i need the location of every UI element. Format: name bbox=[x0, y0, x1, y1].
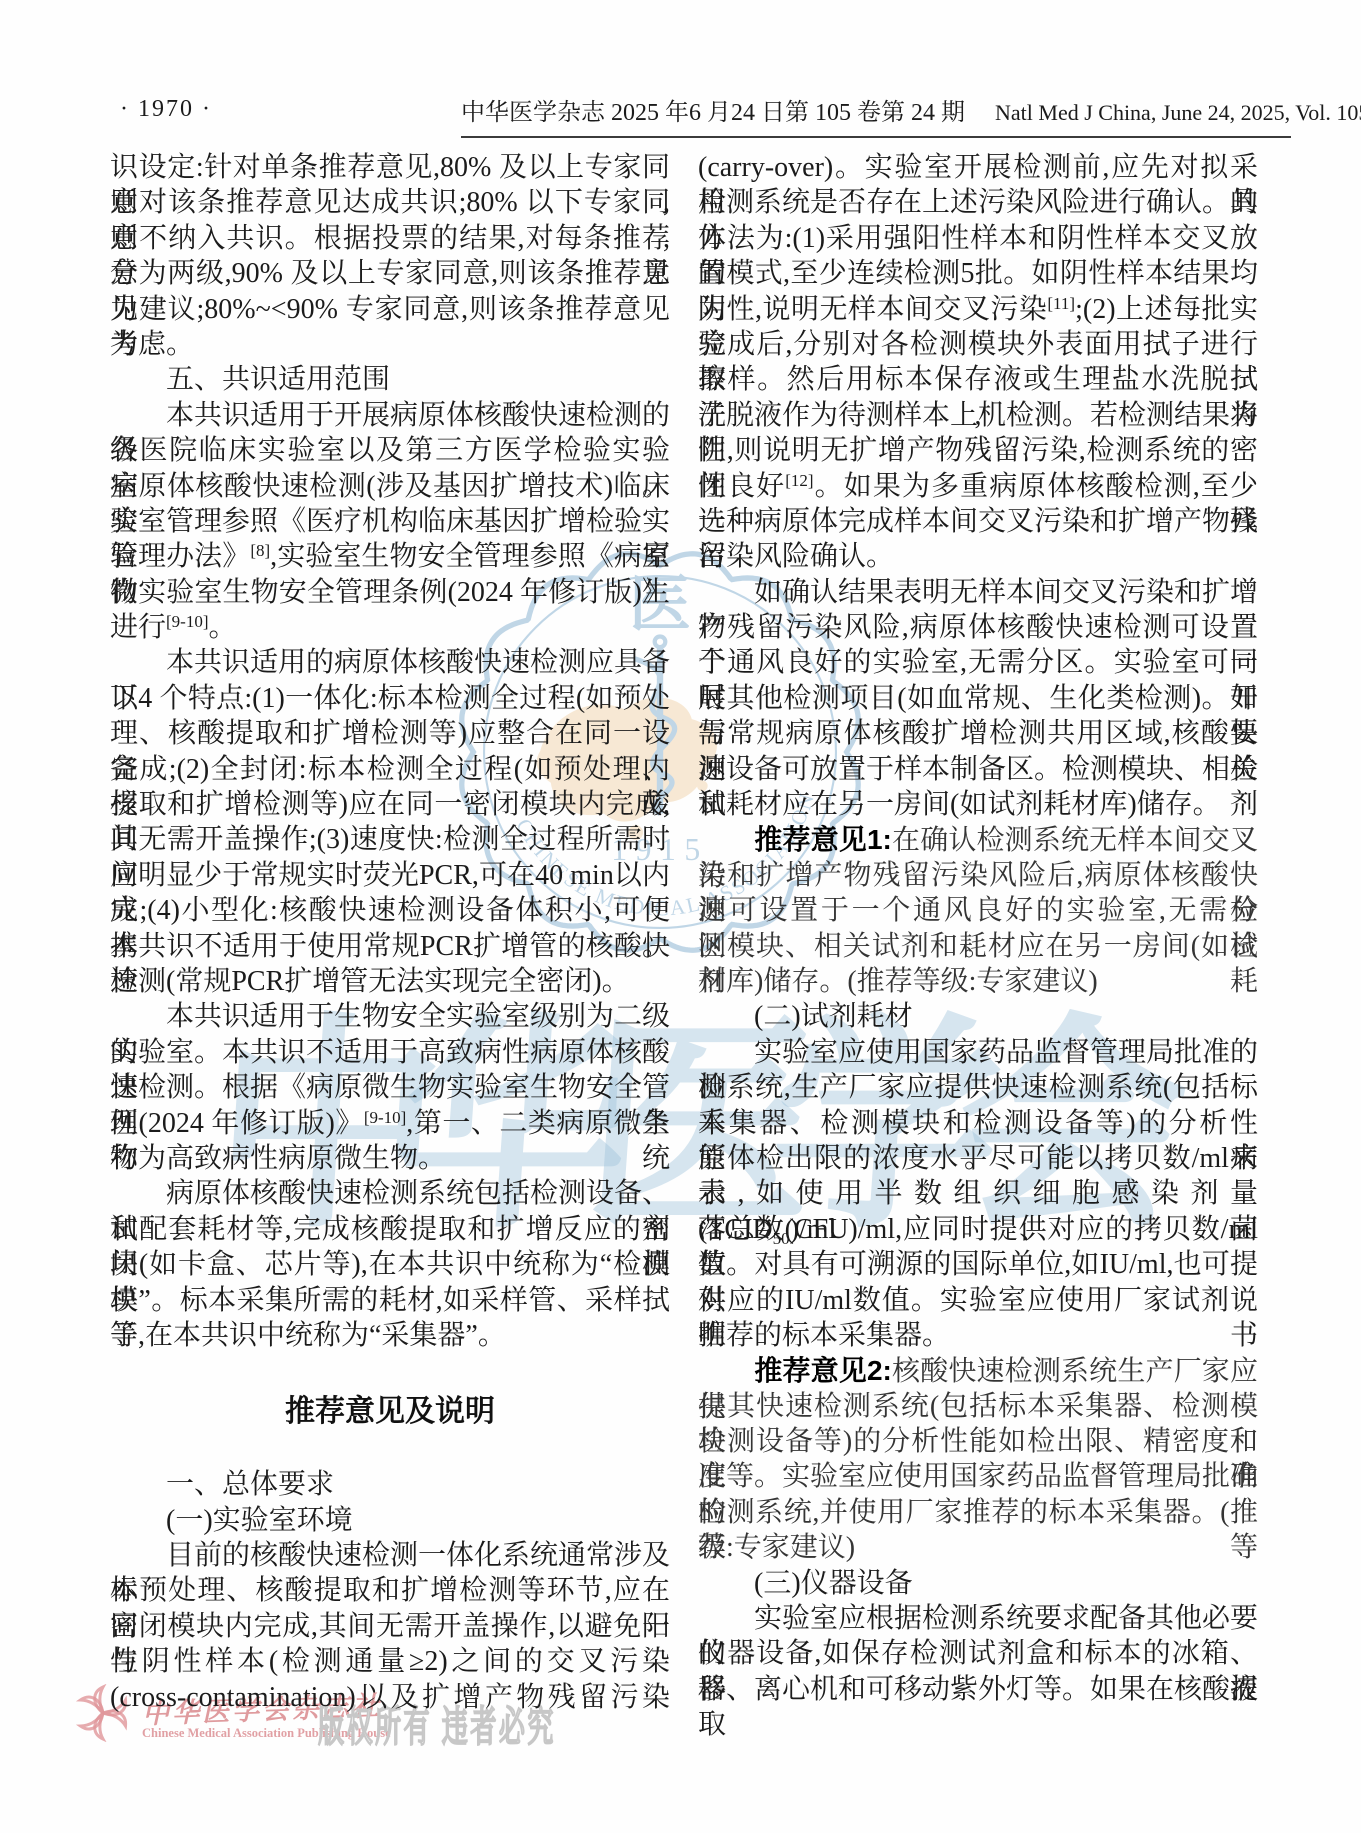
journal-page: 医 1915 CHINESE MEDICAL ASSOCIATION 中华医学会… bbox=[0, 0, 1361, 1833]
text-line: 例(2024 年修订版)》[9-10],第一、二类病原微生物统 bbox=[110, 1106, 670, 1141]
text-line: 本共识不适用于使用常规PCR扩增管的核酸快速 bbox=[110, 929, 670, 964]
text-line: 实验室。本共识不适用于高致病性病原体核酸快 bbox=[110, 1035, 670, 1070]
text-line: 密闭模块内完成,其间无需开盖操作,以避免阳性 bbox=[110, 1609, 670, 1644]
text-line: 污染风险确认。 bbox=[698, 539, 1258, 574]
reference-marker: [11] bbox=[1047, 294, 1075, 313]
text-line: 测可设置于一个通风良好的实验室,无需分区。检 bbox=[698, 893, 1258, 928]
text-line: 如确认结果表明无样本间交叉污染和扩增产 bbox=[698, 575, 1258, 610]
text-line: 速检测。根据《病原微生物实验室生物安全管理条 bbox=[110, 1070, 670, 1105]
text-line: 物实验室生物安全管理条例(2024 年修订版)》 bbox=[110, 575, 670, 610]
text-line: 对应的IU/ml数值。实验室应使用厂家试剂说明书 bbox=[698, 1283, 1258, 1318]
text-line: 提取和扩增检测等)应在同一密闭模块内完成,其 bbox=[110, 787, 670, 822]
text-line: 间无需开盖操作;(3)速度快:检测全过程所需时间 bbox=[110, 822, 670, 857]
text-line: 进行[9-10]。 bbox=[110, 610, 670, 645]
text-line: 检测系统,并使用厂家推荐的标本采集器。(推荐等 bbox=[698, 1495, 1258, 1530]
text-line: 推荐意见2:核酸快速检测系统生产厂家应提 bbox=[698, 1353, 1258, 1388]
text-line: 检测系统是否存在上述污染风险进行确认。具体 bbox=[698, 185, 1258, 220]
text-line: 目前的核酸快速检测一体化系统通常涉及标 bbox=[110, 1538, 670, 1573]
text-line: 和耗材应在另一房间(如试剂耗材库)储存。 bbox=[698, 787, 1258, 822]
text-line: 分为两级,90% 及以上专家同意,则该条推荐意见 bbox=[110, 256, 670, 291]
text-line: 落总数(CFU)/ml,应同时提供对应的拷贝数/ml数 bbox=[698, 1212, 1258, 1247]
text-line: 示,如使用半数组织细胞感染剂量(TCID50)/ml、菌 bbox=[698, 1176, 1258, 1211]
text-line: 与常规病原体核酸扩增检测共用区域,核酸快速检 bbox=[698, 716, 1258, 751]
text-line: 本共识适用于生物安全实验室级别为二级的 bbox=[110, 999, 670, 1034]
text-line: (一)实验室环境 bbox=[110, 1503, 670, 1538]
text-line: 识设定:针对单条推荐意见,80% 及以上专家同意, bbox=[110, 150, 670, 185]
text-line: 展其他检测项目(如血常规、生化类检测)。如需要 bbox=[698, 681, 1258, 716]
text-line: 理、核酸提取和扩增检测等)应整合在同一设备内 bbox=[110, 716, 670, 751]
journal-header: 中华医学杂志 2025 年6 月24 日第 105 卷第 24 期 Natl M… bbox=[461, 92, 1291, 138]
text-line: (cross-contamination)以及扩增产物残留污染 bbox=[110, 1680, 670, 1715]
text-line: 块(如卡盒、芯片等),在本共识中统称为“检测模 bbox=[110, 1247, 670, 1282]
text-line: 块”。标本采集所需的耗材,如采样管、采样拭子 bbox=[110, 1283, 670, 1318]
text-line: 值。对具有可溯源的国际单位,如IU/ml,也可提供 bbox=[698, 1247, 1258, 1282]
text-line: 完成后,分别对各检测模块外表面用拭子进行擦拭 bbox=[698, 327, 1258, 362]
journal-title-en: Natl Med J China, June 24, 2025, Vol. 10… bbox=[995, 100, 1361, 125]
text-line: 物残留污染风险,病原体核酸快速检测可设置于一 bbox=[698, 610, 1258, 645]
text-line: (carry-over)。实验室开展检测前,应先对拟采用的 bbox=[698, 150, 1258, 185]
text-line: 则对该条推荐意见达成共识;80% 以下专家同意, bbox=[110, 185, 670, 220]
text-line: 染和扩增产物残留污染风险后,病原体核酸快速检 bbox=[698, 858, 1258, 893]
text-line: 为建议;80%~<90% 专家同意,则该条推荐意见为 bbox=[110, 292, 670, 327]
inline-label: 推荐意见1: bbox=[754, 824, 892, 855]
text-line: 个通风良好的实验室,无需分区。实验室可同时开 bbox=[698, 645, 1258, 680]
text-line: (二)试剂耗材 bbox=[698, 999, 1258, 1034]
text-line: 检测设备等)的分析性能如检出限、精密度和准确 bbox=[698, 1424, 1258, 1459]
page-number: · 1970 · bbox=[120, 96, 212, 123]
text-line: 与阴性样本(检测通量≥2)之间的交叉污染 bbox=[110, 1644, 670, 1679]
text-line: 推荐意见1:在确认检测系统无样本间交叉污 bbox=[698, 822, 1258, 857]
text-line: 和配套耗材等,完成核酸提取和扩增反应的密闭模 bbox=[110, 1212, 670, 1247]
right-column: (carry-over)。实验室开展检测前,应先对拟采用的检测系统是否存在上述污… bbox=[698, 150, 1258, 1707]
text-line: 病原体核酸快速检测(涉及基因扩增技术)临床实 bbox=[110, 469, 670, 504]
text-line: 本共识适用的病原体核酸快速检测应具备以 bbox=[110, 645, 670, 680]
text-line: 取样。然后用标本保存液或生理盐水洗脱拭子,将 bbox=[698, 362, 1258, 397]
text-line: 等,在本共识中统称为“采集器”。 bbox=[110, 1318, 670, 1353]
text-line: 测模块、相关试剂和耗材应在另一房间(如试剂耗 bbox=[698, 929, 1258, 964]
text-line: 一、总体要求 bbox=[110, 1467, 670, 1502]
text-line: 病原体核酸快速检测系统包括检测设备、试剂 bbox=[110, 1176, 670, 1211]
reference-marker: [12] bbox=[785, 471, 813, 490]
text-line: 考虑。 bbox=[110, 327, 670, 362]
text-line: 测设备可放置于样本制备区。检测模块、相关试剂 bbox=[698, 752, 1258, 787]
text-line: 验室管理参照《医疗机构临床基因扩增检验实验室 bbox=[110, 504, 670, 539]
text-line: 度等。实验室应使用国家药品监督管理局批准的 bbox=[698, 1459, 1258, 1494]
text-line: 下4 个特点:(1)一体化:标本检测全过程(如预处 bbox=[110, 681, 670, 716]
reference-marker: [9-10] bbox=[166, 612, 208, 631]
reference-marker: [8] bbox=[250, 541, 270, 560]
text-line: 一种病原体完成样本间交叉污染和扩增产物残留 bbox=[698, 504, 1258, 539]
text-line: 则不纳入共识。根据投票的结果,对每条推荐意见 bbox=[110, 221, 670, 256]
text-line: 管理办法》[8],实验室生物安全管理参照《病原微生 bbox=[110, 539, 670, 574]
text-line: 方法为:(1)采用强阳性样本和阴性样本交叉放置 bbox=[698, 221, 1258, 256]
text-line: 采集器、检测模块和检测设备等)的分析性能。病 bbox=[698, 1106, 1258, 1141]
text-line: 性良好[12]。如果为多重病原体核酸检测,至少选择 bbox=[698, 469, 1258, 504]
text-line: 原体检出限的浓度水平尽可能以拷贝数/ml来表 bbox=[698, 1141, 1258, 1176]
text-line: 本共识适用于开展病原体核酸快速检测的各 bbox=[110, 398, 670, 433]
inline-label: 推荐意见2: bbox=[754, 1355, 892, 1386]
text-line: 成;(4)小型化:核酸快速检测设备体积小,可便携。 bbox=[110, 893, 670, 928]
left-column: 识设定:针对单条推荐意见,80% 及以上专家同意,则对该条推荐意见达成共识;80… bbox=[110, 150, 670, 1715]
text-line: 洗脱液作为待测样本上机检测。若检测结果为阴 bbox=[698, 398, 1258, 433]
text-line: 性,则说明无扩增产物残留污染,检测系统的密闭 bbox=[698, 433, 1258, 468]
journal-title-cn: 中华医学杂志 2025 年6 月24 日第 105 卷第 24 期 bbox=[461, 100, 965, 126]
text-line: 测系统,生产厂家应提供快速检测系统(包括标本 bbox=[698, 1070, 1258, 1105]
text-line: 五、共识适用范围 bbox=[110, 362, 670, 397]
text-line: 本预处理、核酸提取和扩增检测等环节,应在同一 bbox=[110, 1573, 670, 1608]
text-line: 阴性,说明无样本间交叉污染[11];(2)上述每批实验 bbox=[698, 292, 1258, 327]
text-line: 实验室应使用国家药品监督管理局批准的检 bbox=[698, 1035, 1258, 1070]
section-heading: 推荐意见及说明 bbox=[110, 1390, 670, 1434]
text-line: (三)仪器设备 bbox=[698, 1566, 1258, 1601]
reference-marker: [9-10] bbox=[364, 1108, 406, 1127]
publisher-name-en: Chinese Medical Association Publishing H… bbox=[142, 1726, 391, 1741]
text-line: 检测(常规PCR扩增管无法实现完全密闭)。 bbox=[110, 964, 670, 999]
text-line: 级医院临床实验室以及第三方医学检验实验室。 bbox=[110, 433, 670, 468]
text-line: 完成;(2)全封闭:标本检测全过程(如预处理、核酸 bbox=[110, 752, 670, 787]
text-line: 器、离心机和可移动紫外灯等。如果在核酸提取 bbox=[698, 1672, 1258, 1707]
text-line: 的模式,至少连续检测5批。如阴性样本结果均为 bbox=[698, 256, 1258, 291]
text-line: 应明显少于常规实时荧光PCR,可在40 min以内完 bbox=[110, 858, 670, 893]
text-line: 仪器设备,如保存检测试剂盒和标本的冰箱、移液 bbox=[698, 1636, 1258, 1671]
text-line: 供其快速检测系统(包括标本采集器、检测模块和 bbox=[698, 1389, 1258, 1424]
text-line: 实验室应根据检测系统要求配备其他必要的 bbox=[698, 1601, 1258, 1636]
